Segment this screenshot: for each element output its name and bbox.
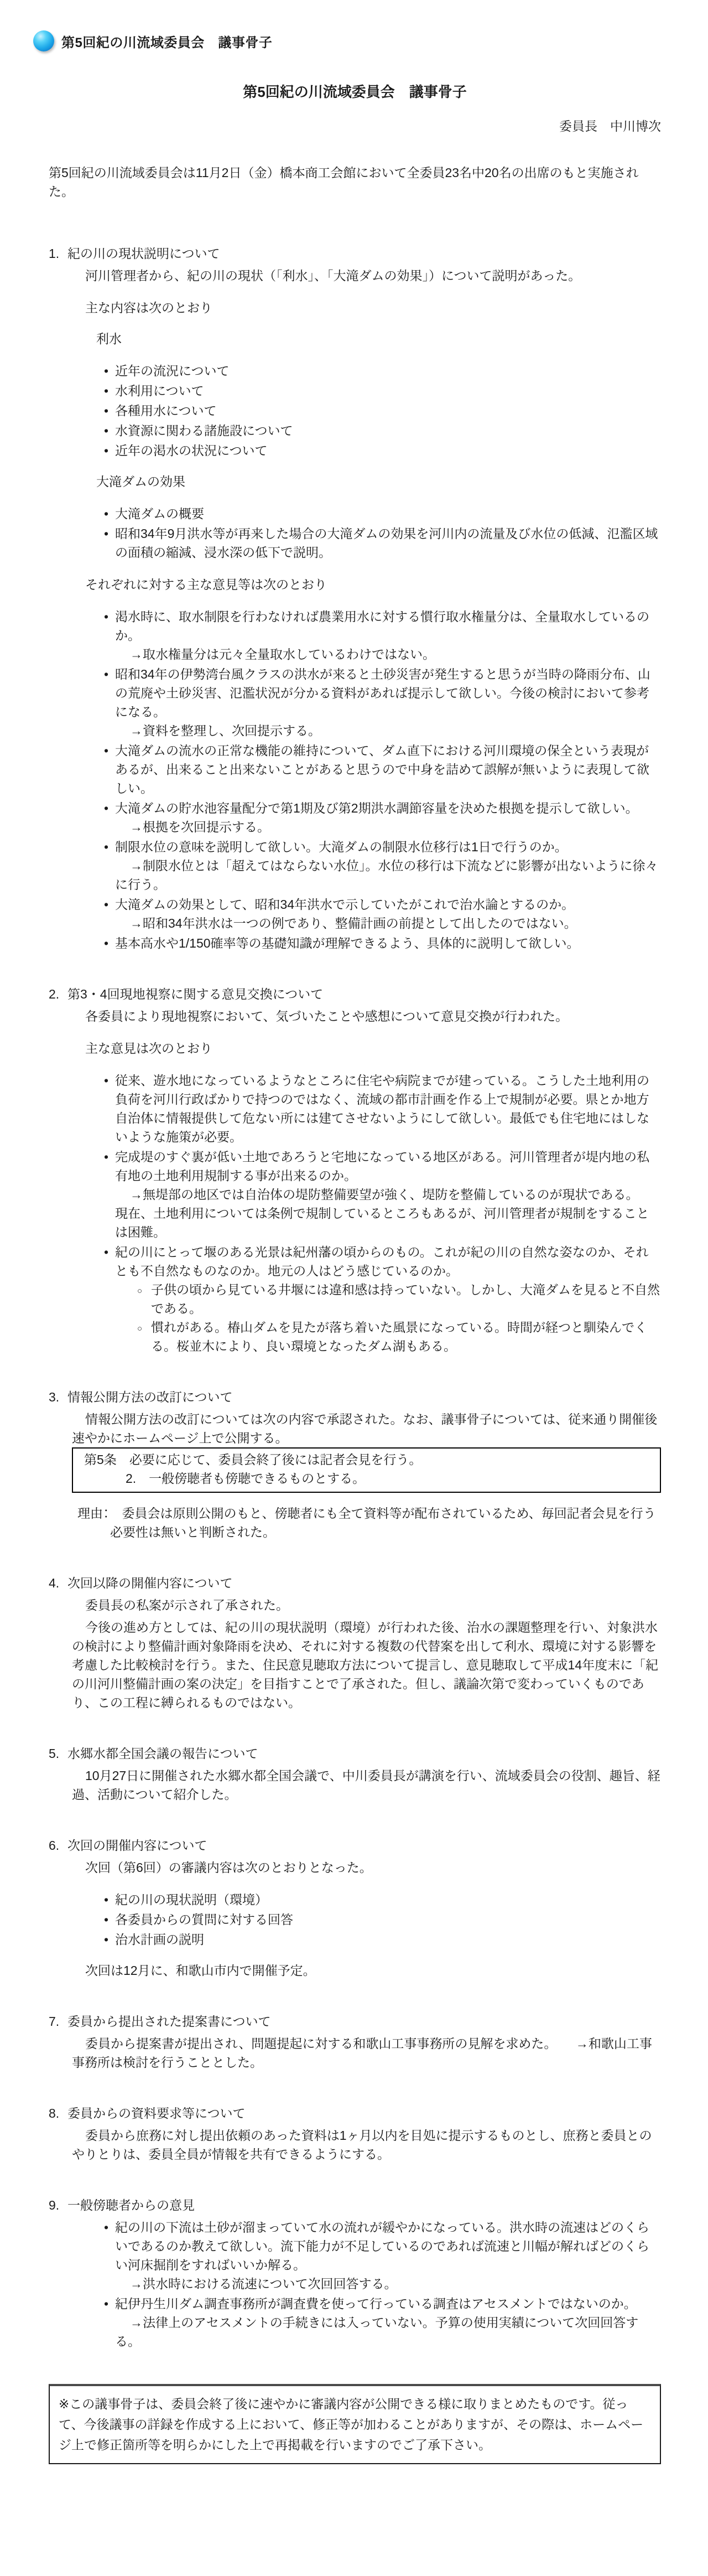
section-title: 紀の川の現状説明について	[67, 244, 220, 263]
paragraph: 情報公開方法の改訂については次の内容で承認された。なお、議事骨子については、従来…	[72, 1410, 661, 1447]
section-content: 紀の川の下流は土砂が溜まっていて水の流れが緩やかになっている。洪水時の流速はどの…	[72, 2218, 661, 2351]
paragraph: 河川管理者から、紀の川の現状（「利水」、「大滝ダムの効果」）について説明があった…	[72, 266, 661, 285]
section-number: 4.	[49, 1574, 67, 1592]
section-content: 次回（第6回）の審議内容は次のとおりとなった。紀の川の現状説明（環境）各委員から…	[72, 1858, 661, 1980]
approved-rule-box: 第5条 必要に応じて、委員会終了後には記者会見を行う。2. 一般傍聴者も傍聴でき…	[72, 1447, 661, 1493]
list-item: 紀の川にとって堰のある光景は紀州藩の頃からのもの。これが紀の川の自然な姿なのか、…	[72, 1243, 661, 1280]
section: 4.次回以降の開催内容について委員長の私案が示され了承された。今後の進め方として…	[49, 1574, 661, 1712]
bullet-list: 紀の川の現状説明（環境）各委員からの質問に対する回答治水計画の説明	[72, 1890, 661, 1949]
paragraph: 委員から提案書が提出され、問題提起に対する和歌山工事事務所の見解を求めた。 →和…	[72, 2034, 661, 2072]
sections-container: 1.紀の川の現状説明について河川管理者から、紀の川の現状（「利水」、「大滝ダムの…	[49, 244, 661, 2351]
section-number: 8.	[49, 2104, 67, 2123]
response-line: →資料を整理し、次回提示する。	[72, 721, 661, 740]
document-title: 第5回紀の川流域委員会 議事骨子	[49, 84, 661, 100]
page-header: 第5回紀の川流域委員会 議事骨子	[33, 0, 661, 51]
paragraph: 主な内容は次のとおり	[72, 298, 661, 317]
list-item: 大滝ダムの概要	[72, 504, 661, 523]
response-line: →制限水位とは「超えてはならない水位」。水位の移行は下流などに影響が出ないように…	[72, 856, 661, 894]
section: 2.第3・4回現地視察に関する意見交換について各委員により現地視察において、気づ…	[49, 985, 661, 1356]
section-title: 情報公開方法の改訂について	[67, 1388, 233, 1406]
bullet-list: 従来、遊水地になっているようなところに住宅や病院までが建っている。こうした土地利…	[72, 1071, 661, 1356]
section: 8.委員からの資料要求等について委員から庶務に対し提出依頼のあった資料は1ヶ月以…	[49, 2104, 661, 2164]
list-item: 完成堤のすぐ裏が低い土地であろうと宅地になっている地区がある。河川管理者が堤内地…	[72, 1147, 661, 1185]
paragraph: 委員から庶務に対し提出依頼のあった資料は1ヶ月以内を目処に提示するものとし、庶務…	[72, 2126, 661, 2164]
section-title: 次回以降の開催内容について	[67, 1574, 233, 1592]
section-heading: 5.水郷水都全国会議の報告について	[49, 1744, 661, 1763]
paragraph: それぞれに対する主な意見等は次のとおり	[72, 575, 661, 594]
section-heading: 8.委員からの資料要求等について	[49, 2104, 661, 2123]
sub-heading: 利水	[96, 329, 661, 348]
section: 9.一般傍聴者からの意見紀の川の下流は土砂が溜まっていて水の流れが緩やかになって…	[49, 2196, 661, 2351]
list-item: 大滝ダムの流水の正常な機能の維持について、ダム直下における河川環境の保全という表…	[72, 741, 661, 798]
intro-paragraph: 第5回紀の川流域委員会は11月2日（金）橋本商工会館において全委員23名中20名…	[49, 163, 661, 201]
section-heading: 7.委員から提出された提案書について	[49, 2012, 661, 2031]
document-page: 第5回紀の川流域委員会 議事骨子 第5回紀の川流域委員会 議事骨子 委員長 中川…	[0, 0, 708, 2576]
section-heading: 3.情報公開方法の改訂について	[49, 1388, 661, 1406]
section-number: 7.	[49, 2012, 67, 2031]
section-number: 2.	[49, 985, 67, 1003]
section-number: 3.	[49, 1388, 67, 1406]
paragraph: 各委員により現地視察において、気づいたことや感想について意見交換が行われた。	[72, 1007, 661, 1026]
list-item: 近年の流況について	[72, 361, 661, 380]
footer-notice-text: ※この議事骨子は、委員会終了後に速やかに審議内容が公開できる様に取りまとめたもの…	[59, 2397, 643, 2452]
section-title: 委員からの資料要求等について	[67, 2104, 246, 2123]
section-number: 9.	[49, 2196, 67, 2215]
paragraph: 次回は12月に、和歌山市内で開催予定。	[72, 1961, 661, 1980]
section-title: 一般傍聴者からの意見	[67, 2196, 195, 2215]
sub-list-item: 慣れがある。椿山ダムを見たが落ち着いた風景になっている。時間が経つと馴染んでくる…	[72, 1318, 661, 1356]
continuation-line: 現在、土地利用については条例で規制しているところもあるが、河川管理者が規制をする…	[72, 1204, 661, 1242]
section-number: 6.	[49, 1836, 67, 1855]
list-item: 水資源に関わる諸施設について	[72, 421, 661, 440]
bullet-list: 近年の流況について水利用について各種用水について水資源に関わる諸施設について近年…	[72, 361, 661, 460]
response-line: →昭和34年洪水は一つの例であり、整備計画の前提として出したのではない。	[72, 914, 661, 933]
section-heading: 1.紀の川の現状説明について	[49, 244, 661, 263]
list-item: 昭和34年9月洪水等が再来した場合の大滝ダムの効果を河川内の流量及び水位の低減、…	[72, 524, 661, 562]
section-heading: 2.第3・4回現地視察に関する意見交換について	[49, 985, 661, 1003]
rule-line: 2. 一般傍聴者も傍聴できるものとする。	[73, 1469, 657, 1488]
sub-list-item: 子供の頃から見ている井堰には違和感は持っていない。しかし、大滝ダムを見ると不自然…	[72, 1280, 661, 1318]
response-line: →洪水時における流速について次回回答する。	[72, 2274, 661, 2293]
list-item: 制限水位の意味を説明して欲しい。大滝ダムの制限水位移行は1日で行うのか。	[72, 837, 661, 856]
section: 7.委員から提出された提案書について委員から提案書が提出され、問題提起に対する和…	[49, 2012, 661, 2072]
section: 5.水郷水都全国会議の報告について10月27日に開催された水郷水都全国会議で、中…	[49, 1744, 661, 1804]
paragraph: 10月27日に開催された水郷水都全国会議で、中川委員長が講演を行い、流域委員会の…	[72, 1766, 661, 1804]
section-content: 委員から庶務に対し提出依頼のあった資料は1ヶ月以内を目処に提示するものとし、庶務…	[72, 2126, 661, 2164]
list-item: 紀の川の下流は土砂が溜まっていて水の流れが緩やかになっている。洪水時の流速はどの…	[72, 2218, 661, 2274]
section: 1.紀の川の現状説明について河川管理者から、紀の川の現状（「利水」、「大滝ダムの…	[49, 244, 661, 953]
section: 6.次回の開催内容について次回（第6回）の審議内容は次のとおりとなった。紀の川の…	[49, 1836, 661, 1980]
list-item: 各種用水について	[72, 401, 661, 420]
list-item: 近年の渇水の状況について	[72, 441, 661, 460]
section-number: 1.	[49, 244, 67, 263]
list-item: 水利用について	[72, 381, 661, 400]
section-content: 委員から提案書が提出され、問題提起に対する和歌山工事事務所の見解を求めた。 →和…	[72, 2034, 661, 2072]
paragraph: 今後の進め方としては、紀の川の現状説明（環境）が行われた後、治水の課題整理を行い…	[72, 1618, 661, 1712]
chairman-line: 委員長 中川博次	[49, 118, 661, 135]
sub-heading: 大滝ダムの効果	[96, 472, 661, 491]
list-item: 基本高水や1/150確率等の基礎知識が理解できるよう、具体的に説明して欲しい。	[72, 934, 661, 953]
section-heading: 6.次回の開催内容について	[49, 1836, 661, 1855]
header-title: 第5回紀の川流域委員会 議事骨子	[61, 32, 272, 51]
list-item: 紀の川の現状説明（環境）	[72, 1890, 661, 1909]
response-line: →無堤部の地区では自治体の堤防整備要望が強く、堤防を整備しているのが現状である。	[72, 1185, 661, 1204]
reason-paragraph: 理由： 委員会は原則公開のもと、傍聴者にも全て資料等が配布されているため、毎回記…	[72, 1504, 661, 1542]
response-line: →法律上のアセスメントの手続きには入っていない。予算の使用実績について次回回答す…	[72, 2313, 661, 2351]
list-item: 大滝ダムの効果として、昭和34年洪水で示していたがこれで治水論とするのか。	[72, 895, 661, 914]
bullet-list: 紀の川の下流は土砂が溜まっていて水の流れが緩やかになっている。洪水時の流速はどの…	[72, 2218, 661, 2351]
list-item: 大滝ダムの貯水池容量配分で第1期及び第2期洪水調節容量を決めた根拠を提示して欲し…	[72, 799, 661, 818]
section-title: 第3・4回現地視察に関する意見交換について	[67, 985, 323, 1003]
list-item: 渇水時に、取水制限を行わなければ農業用水に対する慣行取水権量分は、全量取水してい…	[72, 607, 661, 645]
paragraph: 次回（第6回）の審議内容は次のとおりとなった。	[72, 1858, 661, 1877]
section-title: 水郷水都全国会議の報告について	[67, 1744, 258, 1763]
section-content: 10月27日に開催された水郷水都全国会議で、中川委員長が講演を行い、流域委員会の…	[72, 1766, 661, 1804]
response-line: →根拠を次回提示する。	[72, 818, 661, 836]
section-content: 各委員により現地視察において、気づいたことや感想について意見交換が行われた。主な…	[72, 1007, 661, 1356]
section-content: 委員長の私案が示され了承された。今後の進め方としては、紀の川の現状説明（環境）が…	[72, 1596, 661, 1712]
response-line: →取水権量分は元々全量取水しているわけではない。	[72, 645, 661, 664]
paragraph: 委員長の私案が示され了承された。	[72, 1596, 661, 1615]
rule-line: 第5条 必要に応じて、委員会終了後には記者会見を行う。	[73, 1450, 657, 1469]
section: 3.情報公開方法の改訂について情報公開方法の改訂については次の内容で承認された。…	[49, 1388, 661, 1542]
list-item: 治水計画の説明	[72, 1930, 661, 1949]
list-item: 紀伊丹生川ダム調査事務所が調査費を使って行っている調査はアセスメントではないのか…	[72, 2294, 661, 2313]
section-content: 河川管理者から、紀の川の現状（「利水」、「大滝ダムの効果」）について説明があった…	[72, 266, 661, 953]
blue-sphere-icon	[33, 30, 54, 51]
section-heading: 4.次回以降の開催内容について	[49, 1574, 661, 1592]
list-item: 各委員からの質問に対する回答	[72, 1910, 661, 1929]
bullet-list: 渇水時に、取水制限を行わなければ農業用水に対する慣行取水権量分は、全量取水してい…	[72, 607, 661, 953]
section-heading: 9.一般傍聴者からの意見	[49, 2196, 661, 2215]
list-item: 昭和34年の伊勢湾台風クラスの洪水が来ると土砂災害が発生すると思うが当時の降雨分…	[72, 665, 661, 721]
section-title: 次回の開催内容について	[67, 1836, 207, 1855]
section-content: 情報公開方法の改訂については次の内容で承認された。なお、議事骨子については、従来…	[72, 1410, 661, 1542]
bullet-list: 大滝ダムの概要昭和34年9月洪水等が再来した場合の大滝ダムの効果を河川内の流量及…	[72, 504, 661, 562]
footer-notice-box: ※この議事骨子は、委員会終了後に速やかに審議内容が公開できる様に取りまとめたもの…	[49, 2384, 661, 2464]
list-item: 従来、遊水地になっているようなところに住宅や病院までが建っている。こうした土地利…	[72, 1071, 661, 1146]
section-title: 委員から提出された提案書について	[67, 2012, 271, 2031]
section-number: 5.	[49, 1744, 67, 1763]
paragraph: 主な意見は次のとおり	[72, 1039, 661, 1058]
